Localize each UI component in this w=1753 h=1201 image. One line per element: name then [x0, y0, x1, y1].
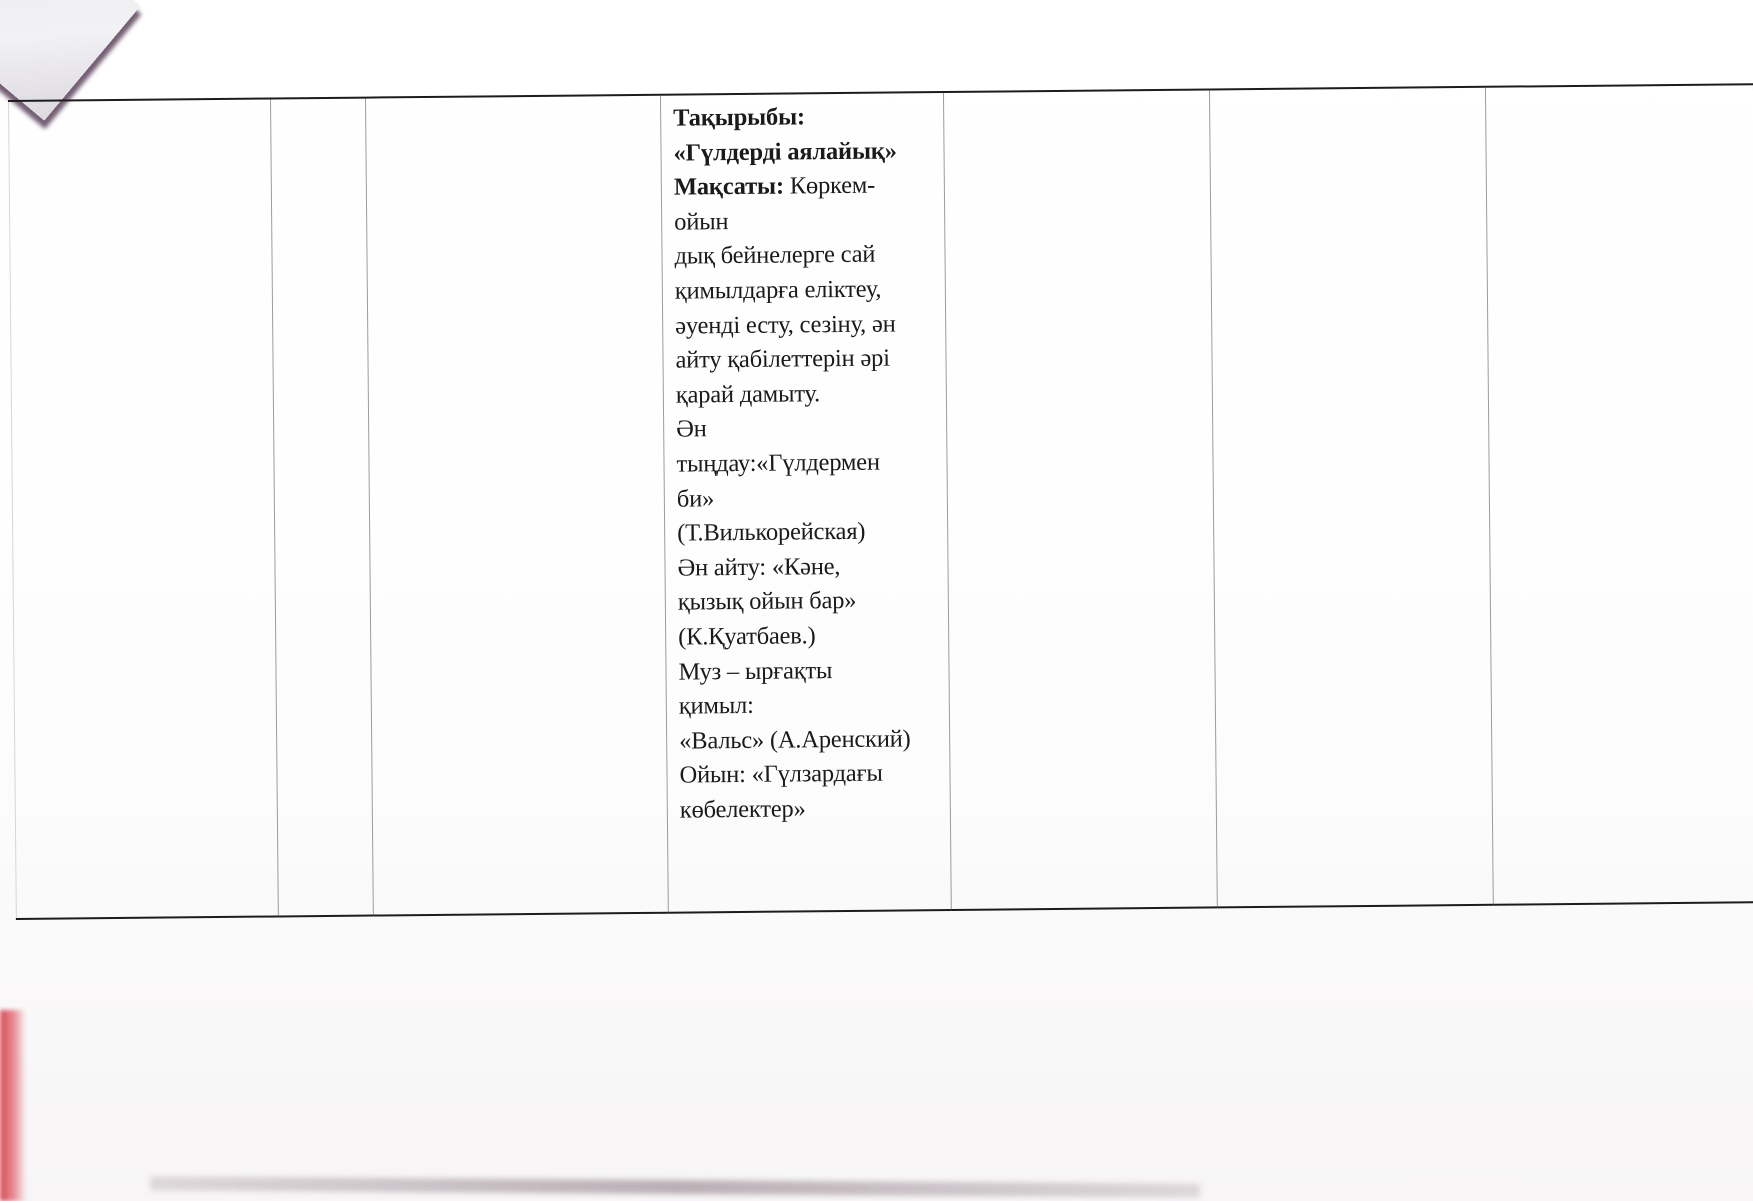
content-line: қарай дамыту. [676, 376, 936, 413]
content-line: тыңдау:«Гүлдермен [676, 445, 936, 482]
content-line: (К.Қуатбаев.) [678, 618, 938, 655]
content-line: қызық ойын бар» [678, 583, 938, 620]
content-line: қимылдарға еліктеу, [675, 272, 935, 309]
goal-label: Мақсаты: [674, 173, 784, 201]
content-line: көбелектер» [680, 791, 940, 828]
content-line: әуенді есту, сезіну, ән [675, 307, 935, 344]
lesson-content-lines: ойындық бейнелерге сайқимылдарға еліктеу… [674, 203, 940, 828]
table-row: Тақырыбы: «Гүлдерді аялайық» Мақсаты: Кө… [9, 84, 1753, 919]
empty-cell-3 [365, 95, 668, 916]
empty-cell-1 [9, 98, 279, 918]
empty-cell-7 [1485, 84, 1753, 905]
content-line: би» [677, 480, 937, 517]
content-line: Ойын: «Гүлзардағы [679, 756, 939, 793]
content-line: «Вальс» (А.Аренский) [679, 722, 939, 759]
goal-text-start: Көркем- [784, 172, 875, 200]
paper-page: Тақырыбы: «Гүлдерді аялайық» Мақсаты: Кө… [0, 0, 1753, 1201]
content-line: дық бейнелерге сай [674, 237, 934, 274]
content-line: айту қабілеттерін әрі [675, 341, 935, 378]
topic-label: Тақырыбы: [673, 99, 933, 136]
page-edge-shadow [0, 1010, 26, 1201]
empty-cell-5 [943, 89, 1217, 910]
lesson-plan-table: Тақырыбы: «Гүлдерді аялайық» Мақсаты: Кө… [8, 83, 1753, 920]
empty-cell-6 [1209, 87, 1493, 908]
content-line: Муз – ырғақты [678, 653, 938, 690]
lesson-plan-table-wrapper: Тақырыбы: «Гүлдерді аялайық» Мақсаты: Кө… [8, 83, 1753, 920]
content-line: Ән айту: «Кәне, [677, 549, 937, 586]
empty-cell-2 [270, 98, 373, 917]
content-line: Ән [676, 410, 936, 447]
topic-title: «Гүлдерді аялайық» [673, 134, 933, 171]
bottom-shadow [150, 1176, 1200, 1197]
content-line: (Т.Вилькорейская) [677, 514, 937, 551]
goal-line: Мақсаты: Көркем- [674, 168, 934, 205]
content-line: қимыл: [679, 687, 939, 724]
content-line: ойын [674, 203, 934, 240]
music-lesson-cell: Тақырыбы: «Гүлдерді аялайық» Мақсаты: Кө… [660, 92, 951, 913]
